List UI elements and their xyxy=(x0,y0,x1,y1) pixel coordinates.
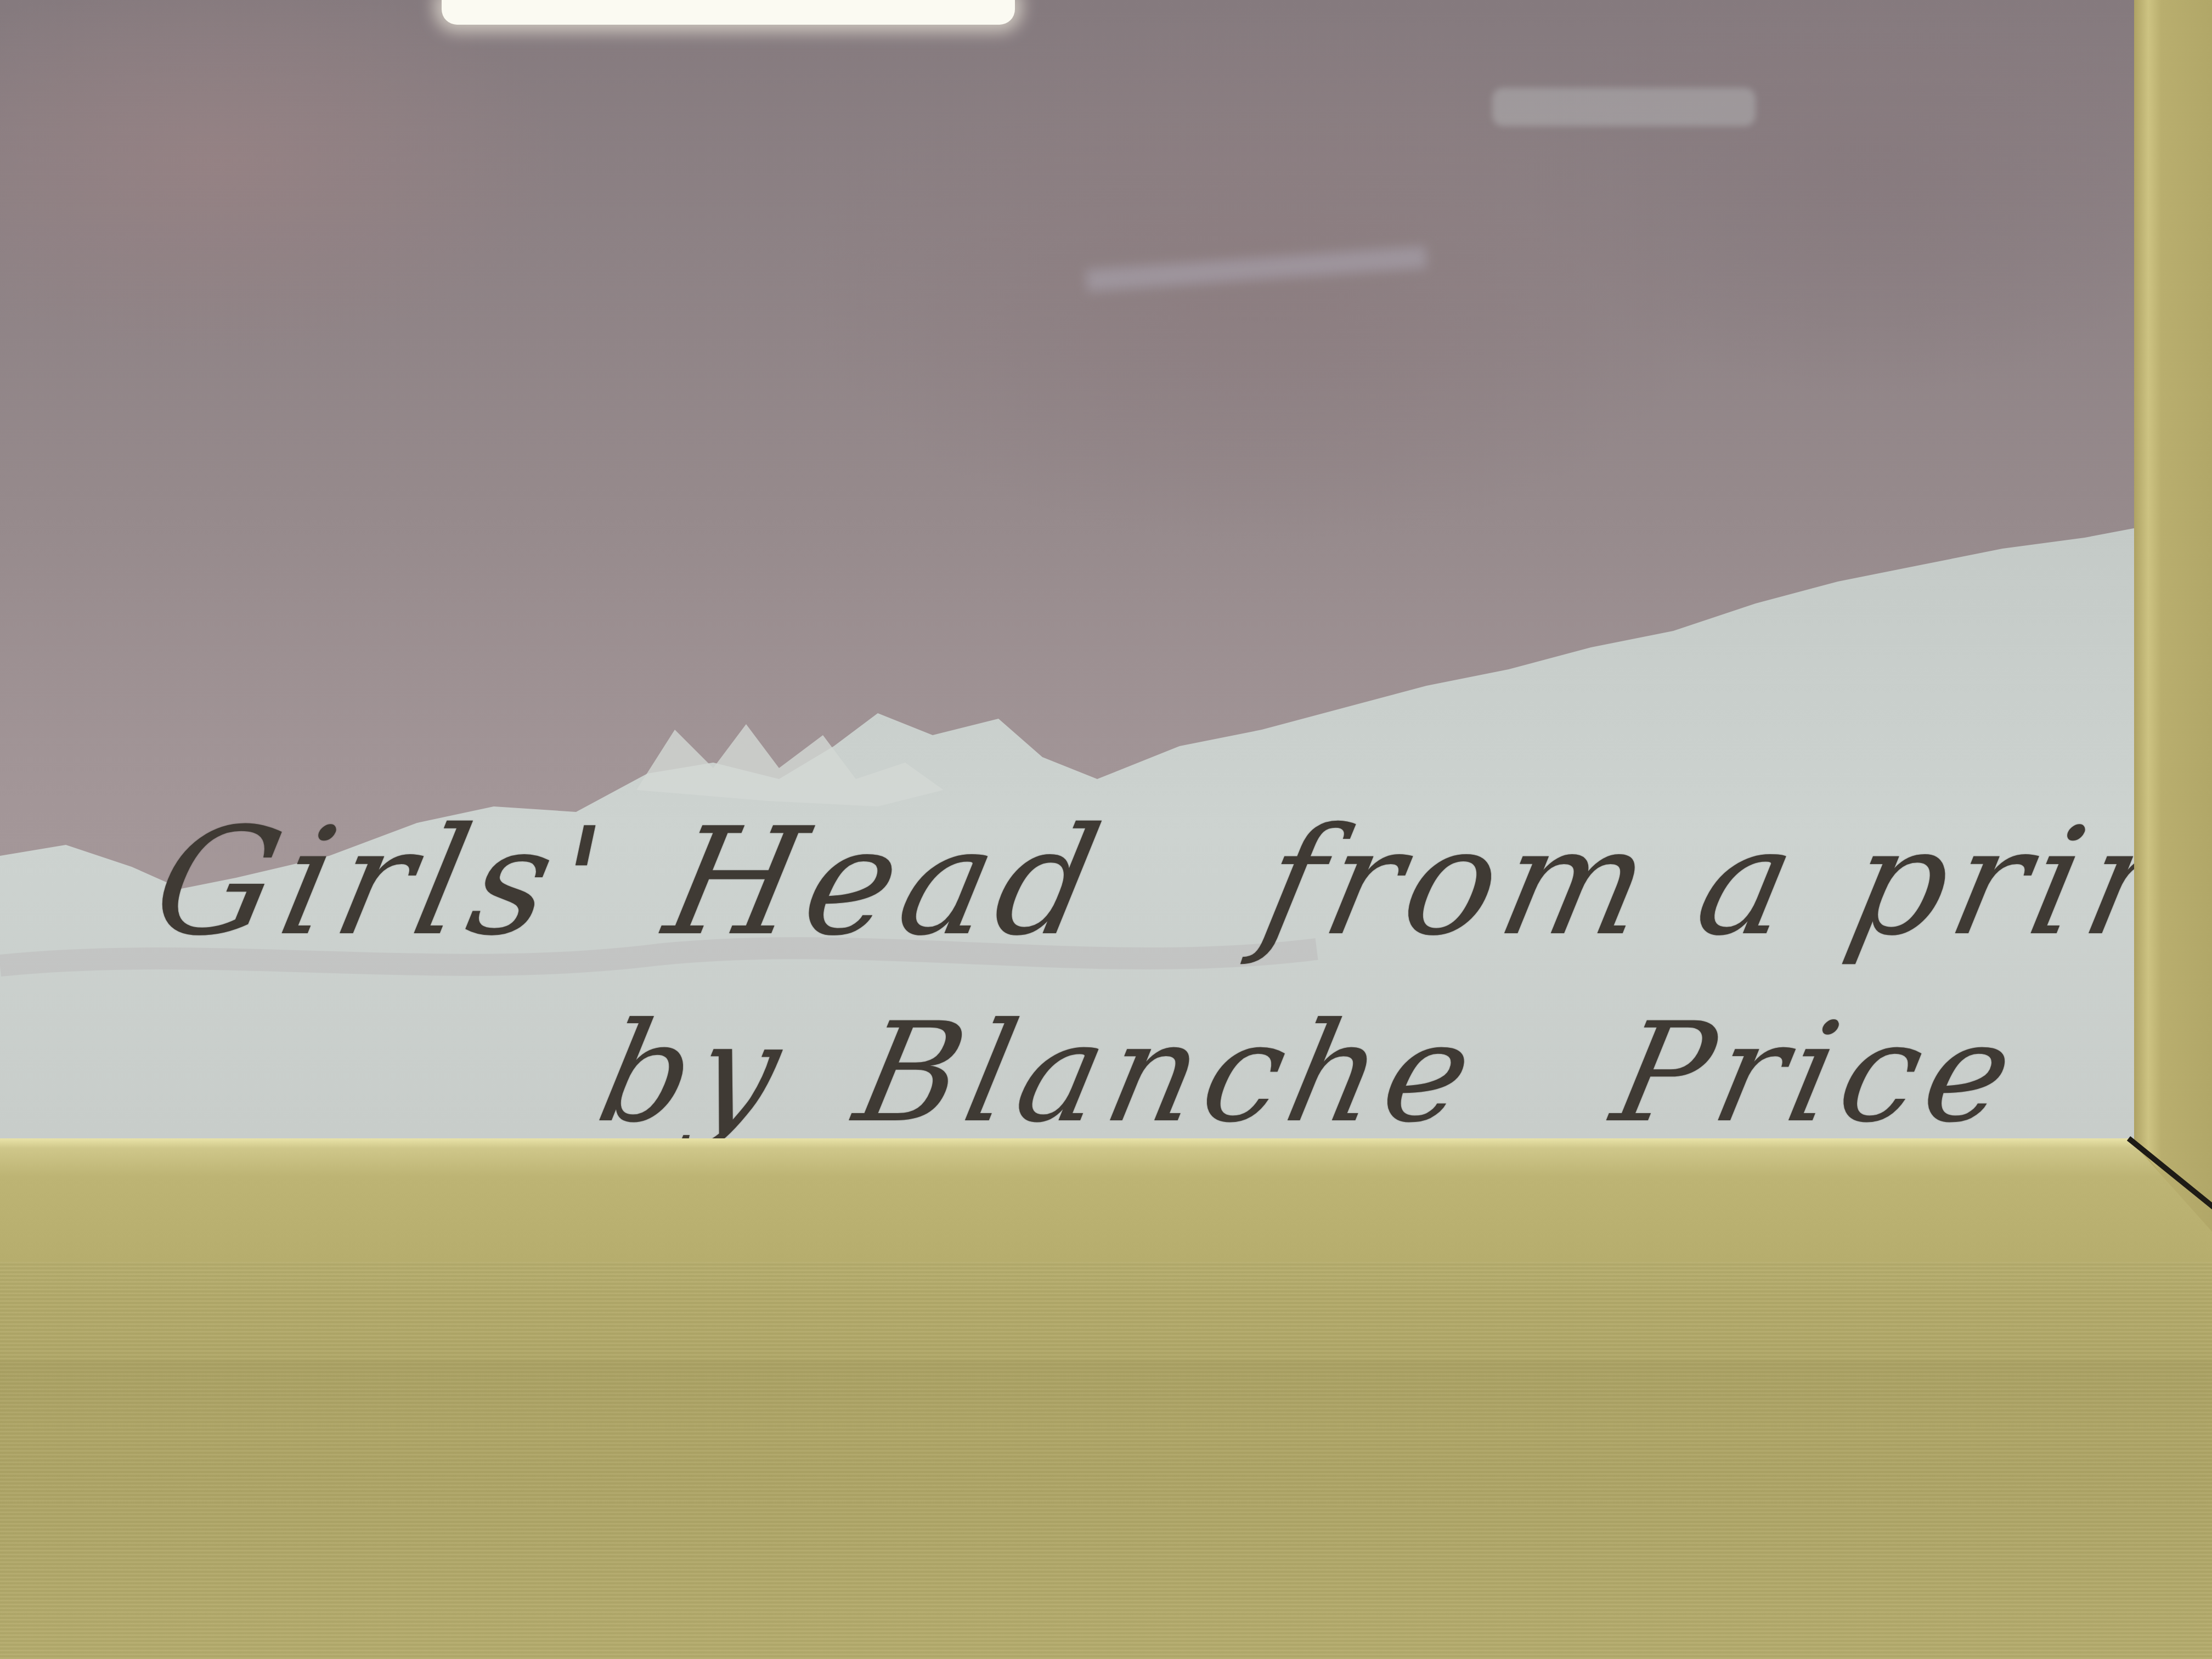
watercolor-paper: Girls'Headfroma print byBlanchePrice xyxy=(0,0,2142,1141)
inscription-word: by xyxy=(586,993,801,1141)
light-glare xyxy=(442,0,1015,25)
frame-brushed-texture xyxy=(0,1262,2212,1659)
inscription-word: Price xyxy=(1601,993,2033,1141)
inscription-line-2: byBlanchePrice xyxy=(586,993,2033,1141)
inscription-word: a print xyxy=(1684,795,2142,968)
framed-watercolor-photo: Girls'Headfroma print byBlanchePrice xyxy=(0,0,2212,1659)
light-wash-band xyxy=(0,0,2142,1141)
inscription-word: Girls' xyxy=(141,795,624,968)
inscription-word: Head xyxy=(653,795,1121,968)
frame-right-rail xyxy=(2134,0,2212,1240)
inscription-word: Blanche xyxy=(844,993,1493,1141)
inscription-word: from xyxy=(1249,795,1672,968)
frame-shade-band xyxy=(0,1361,2212,1437)
faint-white-mark xyxy=(1492,88,1756,126)
inscription-line-1: Girls'Headfroma print xyxy=(141,795,2142,968)
